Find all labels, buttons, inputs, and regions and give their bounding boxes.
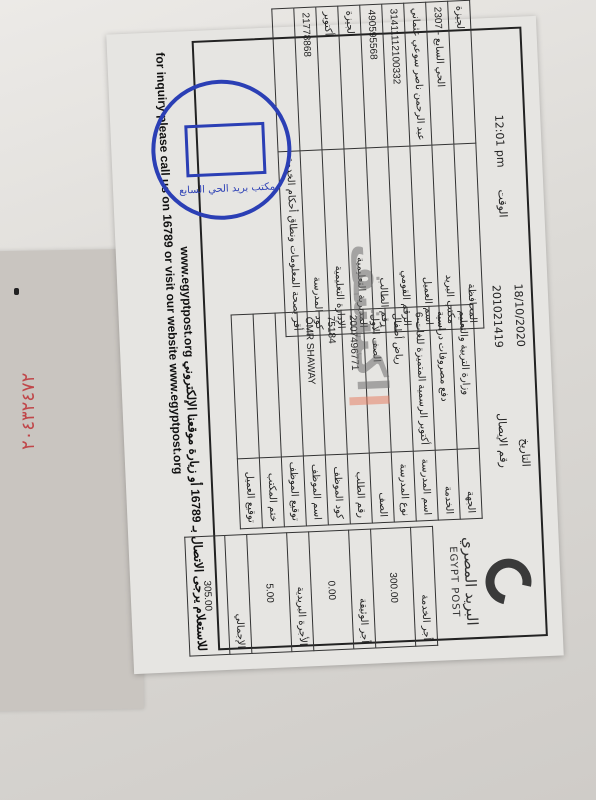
row-label: الصف xyxy=(369,452,394,523)
row-label: توقيع العميل xyxy=(237,458,262,529)
date-label: التاريخ xyxy=(518,438,532,467)
row-label: الخدمة xyxy=(435,449,460,520)
handwritten-number: ٢٠٤٣٢٤٧٢ xyxy=(18,373,39,450)
receipt-number-value: 201021419 xyxy=(490,285,506,349)
watermark: اكتشف xyxy=(342,242,398,405)
fee-value: 300.00 xyxy=(371,527,416,648)
egypt-post-swirl-icon xyxy=(477,550,541,614)
egypt-post-receipt: البريد المصري EGYPT POST التاريخ 18/10/2… xyxy=(106,16,564,674)
stamp-text: مكتب بريد الحي السابع xyxy=(165,181,289,197)
row-label: توقيع الموظف xyxy=(281,456,306,527)
fee-value: 0.00 xyxy=(309,530,354,651)
receipt-number-label: رقم الإيصال xyxy=(495,413,510,468)
row-label: ختم المكتب xyxy=(259,457,284,528)
time-label: الوقت xyxy=(495,189,509,218)
time-value: 12:01 pm xyxy=(492,114,507,167)
row-label: رقم الطلب xyxy=(347,453,372,524)
ink-mark xyxy=(14,288,19,295)
fee-value: 5.00 xyxy=(247,533,292,654)
egypt-post-logo: البريد المصري EGYPT POST xyxy=(437,518,542,642)
row-label: اسم المدرسة xyxy=(413,450,438,521)
receipt-sheet: البريد المصري EGYPT POST التاريخ 18/10/2… xyxy=(122,27,549,664)
fees-table: أجر الخدمة300.00أجر الوثيقة0.00الأجرة ال… xyxy=(184,526,438,657)
stamp-inner-box xyxy=(184,122,266,177)
row-label: نوع المدرسة xyxy=(391,451,416,522)
date-value: 18/10/2020 xyxy=(512,283,528,347)
row-label: كود الموظف xyxy=(325,454,350,525)
logo-arabic: البريد المصري xyxy=(459,521,482,642)
row-label: الجهة xyxy=(457,448,482,519)
row-label: اسم الموظف xyxy=(303,455,328,526)
